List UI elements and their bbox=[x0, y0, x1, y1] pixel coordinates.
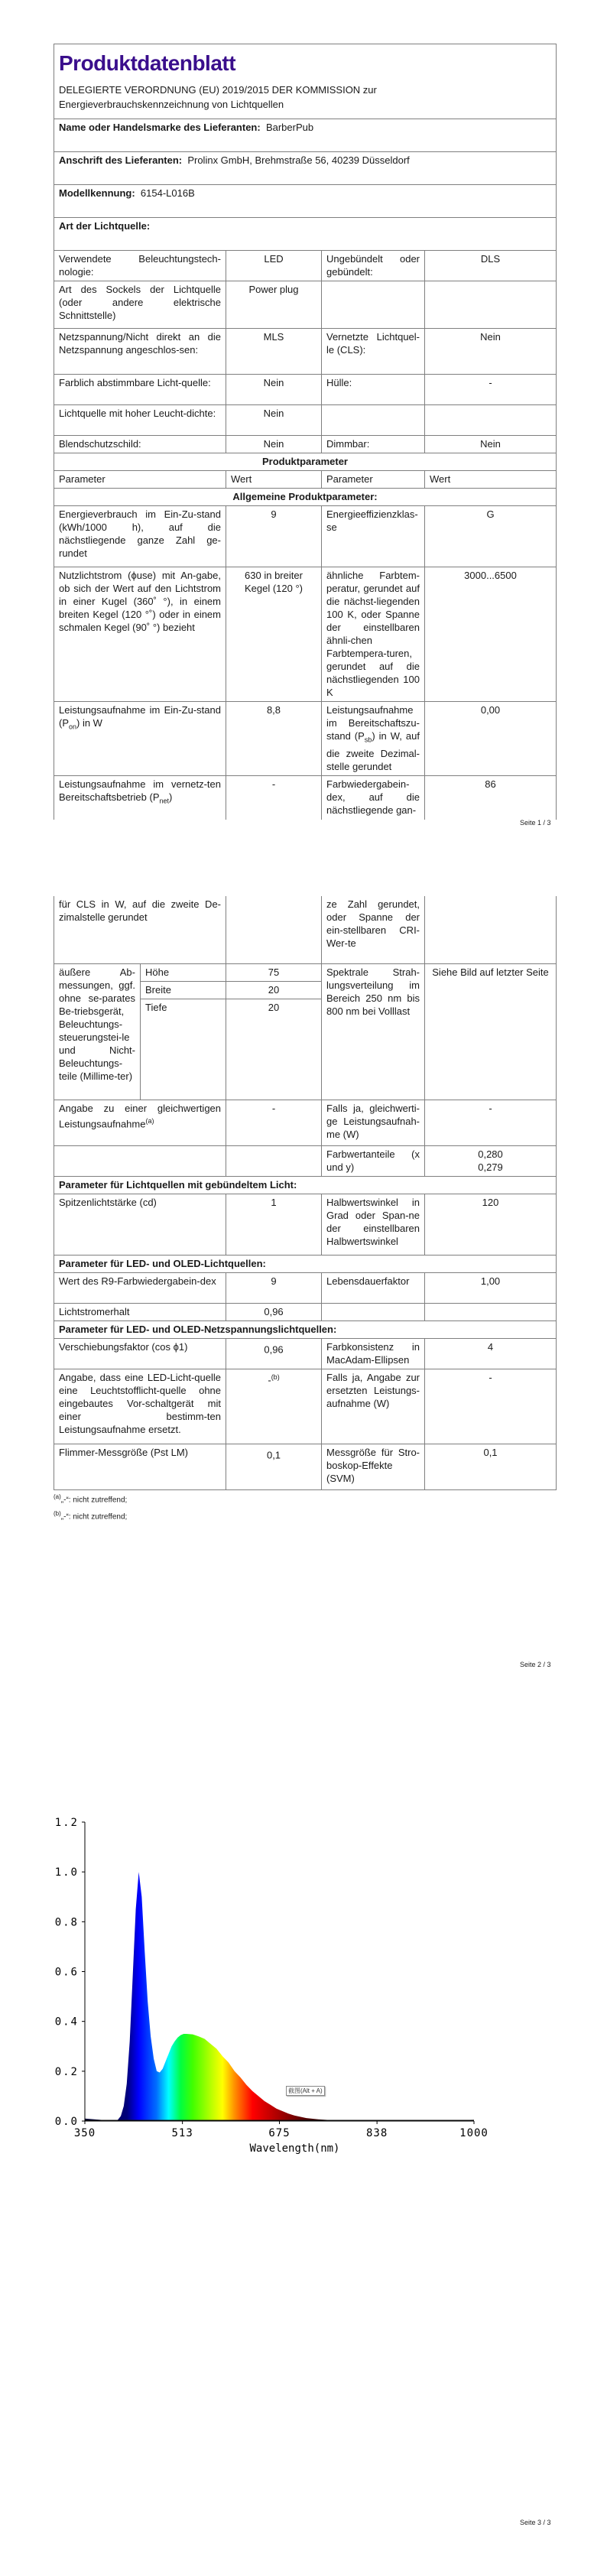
param-label: Lichtstromerhalt bbox=[54, 1303, 226, 1320]
svg-text:838: 838 bbox=[366, 2127, 388, 2139]
dimension-name: Breite bbox=[141, 981, 226, 999]
param-value: Nein bbox=[226, 405, 322, 436]
footnote-a: (a)„-“: nicht zutreffend; bbox=[54, 1490, 556, 1507]
param-label: Verschiebungsfaktor (cos ϕ1) bbox=[54, 1338, 226, 1369]
type-row: Art des Sockels der Lichtquelle (oder an… bbox=[54, 281, 557, 329]
param-value: 0,96 bbox=[226, 1303, 322, 1320]
equiv-power-row: Angabe zu einer gleichwertigen Leistungs… bbox=[54, 1100, 557, 1145]
param-value bbox=[425, 281, 557, 329]
param-value: Power plug bbox=[226, 281, 322, 329]
supplier-name-label: Name oder Handelsmarke des Lieferanten: bbox=[59, 122, 261, 133]
param-row: Verschiebungsfaktor (cos ϕ1) 0,96 Farbko… bbox=[54, 1338, 557, 1369]
param-value: 9 bbox=[226, 506, 322, 567]
supplier-address-label: Anschrift des Lieferanten: bbox=[59, 154, 182, 166]
type-row: Blendschutzschild: Nein Dimmbar: Nein bbox=[54, 436, 557, 453]
empty-cell bbox=[226, 896, 322, 963]
param-label: Verwendete Beleuchtungstech-nologie: bbox=[54, 251, 226, 281]
param-label: Leistungsaufnahme im Bereitschaftszu-sta… bbox=[322, 702, 425, 776]
regulation-subtitle: DELEGIERTE VERORDNUNG (EU) 2019/2015 DER… bbox=[59, 83, 551, 116]
param-value: Nein bbox=[226, 436, 322, 453]
page-2: für CLS in W, auf die zweite De-zimalste… bbox=[54, 896, 556, 1524]
model-label: Modellkennung: bbox=[59, 187, 135, 199]
param-label: Angabe zu einer gleichwertigen Leistungs… bbox=[54, 1100, 226, 1145]
param-value: 0,1 bbox=[425, 1444, 557, 1489]
empty-cell bbox=[425, 896, 557, 963]
empty-cell bbox=[226, 1145, 322, 1176]
param-value bbox=[425, 1303, 557, 1320]
param-label: ähnliche Farbtem-peratur, gerundet auf d… bbox=[322, 567, 425, 702]
param-label: Leistungsaufnahme im Ein-Zu-stand (Pon) … bbox=[54, 702, 226, 776]
svg-text:Wavelength(nm): Wavelength(nm) bbox=[249, 2142, 339, 2155]
param-row-pnet: Leistungsaufnahme im vernetz-ten Bereits… bbox=[54, 775, 557, 820]
type-row: Lichtquelle mit hoher Leucht-dichte: Nei… bbox=[54, 405, 557, 436]
param-label: Energieeffizienzklas-se bbox=[322, 506, 425, 567]
param-value: 630 in breiter Kegel (120 °) bbox=[226, 567, 322, 702]
dimension-value: 20 bbox=[226, 981, 322, 999]
param-value: 1,00 bbox=[425, 1272, 557, 1303]
param-label bbox=[322, 281, 425, 329]
svg-text:0.0: 0.0 bbox=[55, 2116, 79, 2128]
chromaticity-row: Farbwertanteile (x und y) 0,2800,279 bbox=[54, 1145, 557, 1176]
dimensions-label: äußere Ab-messungen, ggf. ohne se-parate… bbox=[54, 963, 141, 1100]
param-value: - bbox=[425, 1100, 557, 1145]
light-source-type-heading: Art der Lichtquelle: bbox=[54, 218, 557, 251]
param-label: Nutzlichtstrom (ϕuse) mit An-gabe, ob si… bbox=[54, 567, 226, 702]
param-value: -(b) bbox=[226, 1369, 322, 1444]
dimension-value: 75 bbox=[226, 963, 322, 981]
footnote-b: (b)„-“: nicht zutreffend; bbox=[54, 1507, 556, 1524]
param-label: Spektrale Strah-lungsverteilung im Berei… bbox=[322, 963, 425, 1100]
supplier-name-value: BarberPub bbox=[266, 122, 313, 133]
dimension-name: Höhe bbox=[141, 963, 226, 981]
header-cell: Produktdatenblatt DELEGIERTE VERORDNUNG … bbox=[54, 44, 557, 119]
param-label: Farblich abstimmbare Licht-quelle: bbox=[54, 375, 226, 405]
param-value: 0,2800,279 bbox=[425, 1145, 557, 1176]
subtitle-line-2: Energieverbrauchskennzeichnung von Licht… bbox=[59, 99, 284, 110]
param-value: Nein bbox=[425, 329, 557, 375]
column-header: Parameter bbox=[322, 471, 425, 489]
param-value: 0,96 bbox=[226, 1338, 322, 1369]
param-value: G bbox=[425, 506, 557, 567]
param-value: 0,1 bbox=[226, 1444, 322, 1489]
param-value: 86 bbox=[425, 775, 557, 820]
general-params-heading: Allgemeine Produktparameter: bbox=[54, 489, 557, 506]
param-label: Blendschutzschild: bbox=[54, 436, 226, 453]
column-header: Wert bbox=[425, 471, 557, 489]
param-label: Art des Sockels der Lichtquelle (oder an… bbox=[54, 281, 226, 329]
param-row: Energieverbrauch im Ein-Zu-stand (kWh/10… bbox=[54, 506, 557, 567]
param-row: Spitzenlichtstärke (cd) 1 Halbwertswinke… bbox=[54, 1194, 557, 1255]
param-value: 4 bbox=[425, 1338, 557, 1369]
supplier-name-row: Name oder Handelsmarke des Lieferanten: … bbox=[54, 119, 557, 152]
param-label: Ungebündelt oder gebündelt: bbox=[322, 251, 425, 281]
param-value: - bbox=[425, 1369, 557, 1444]
param-value: 120 bbox=[425, 1194, 557, 1255]
supplier-address-value: Prolinx GmbH, Brehmstraße 56, 40239 Düss… bbox=[187, 154, 409, 166]
product-params-heading: Produktparameter bbox=[54, 453, 557, 471]
model-row: Modellkennung: 6154-L016B bbox=[54, 185, 557, 218]
spectral-distribution-chart: 0.00.20.40.60.81.01.23505136758381000Wav… bbox=[46, 1804, 550, 2156]
param-label: Falls ja, Angabe zur ersetzten Leistungs… bbox=[322, 1369, 425, 1444]
directional-params-heading: Parameter für Lichtquellen mit gebündelt… bbox=[54, 1176, 557, 1194]
param-value: MLS bbox=[226, 329, 322, 375]
svg-text:0.8: 0.8 bbox=[55, 1916, 79, 1928]
svg-text:0.2: 0.2 bbox=[55, 2066, 79, 2078]
param-label: Leistungsaufnahme im vernetz-ten Bereits… bbox=[54, 775, 226, 820]
dimensions-row: äußere Ab-messungen, ggf. ohne se-parate… bbox=[54, 963, 557, 981]
param-label: für CLS in W, auf die zweite De-zimalste… bbox=[54, 896, 226, 963]
param-label: Falls ja, gleichwerti-ge Leistungsaufnah… bbox=[322, 1100, 425, 1145]
param-label: Wert des R9-Farbwiedergabein-dex bbox=[54, 1272, 226, 1303]
param-label: Spitzenlichtstärke (cd) bbox=[54, 1194, 226, 1255]
param-value: 9 bbox=[226, 1272, 322, 1303]
param-label: Lebensdauerfaktor bbox=[322, 1272, 425, 1303]
param-label bbox=[322, 405, 425, 436]
param-value bbox=[425, 405, 557, 436]
param-value: - bbox=[425, 375, 557, 405]
param-value: 3000...6500 bbox=[425, 567, 557, 702]
param-value: 8,8 bbox=[226, 702, 322, 776]
param-row: Lichtstromerhalt 0,96 bbox=[54, 1303, 557, 1320]
svg-text:0.6: 0.6 bbox=[55, 1967, 79, 1979]
param-label: Farbkonsistenz in MacAdam-Ellipsen bbox=[322, 1338, 425, 1369]
svg-text:0.4: 0.4 bbox=[55, 2016, 79, 2029]
page-title: Produktdatenblatt bbox=[59, 46, 551, 76]
page-footer-1: Seite 1 / 3 bbox=[520, 819, 551, 827]
param-label: Hülle: bbox=[322, 375, 425, 405]
svg-text:350: 350 bbox=[74, 2127, 96, 2139]
param-value: Nein bbox=[226, 375, 322, 405]
param-value: DLS bbox=[425, 251, 557, 281]
page-footer-2: Seite 2 / 3 bbox=[520, 1661, 551, 1668]
param-row: Angabe, dass eine LED-Licht-quelle eine … bbox=[54, 1369, 557, 1444]
param-value: LED bbox=[226, 251, 322, 281]
type-row: Netzspannung/Nicht direkt an die Netzspa… bbox=[54, 329, 557, 375]
param-value: Siehe Bild auf letzter Seite bbox=[425, 963, 557, 1100]
param-label: Messgröße für Stro-boskop-Effekte (SVM) bbox=[322, 1444, 425, 1489]
param-label: Lichtquelle mit hoher Leucht-dichte: bbox=[54, 405, 226, 436]
param-label: ze Zahl gerundet, oder Spanne der ein-st… bbox=[322, 896, 425, 963]
param-row-pon: Leistungsaufnahme im Ein-Zu-stand (Pon) … bbox=[54, 702, 557, 776]
param-value: - bbox=[226, 775, 322, 820]
screenshot-tooltip: 截图(Alt + A) bbox=[286, 2086, 325, 2096]
column-header: Parameter bbox=[54, 471, 226, 489]
param-label: Farbwiedergabein-dex, auf die nächstlieg… bbox=[322, 775, 425, 820]
mains-params-heading: Parameter für LED- und OLED-Netzspannung… bbox=[54, 1320, 557, 1338]
svg-text:1.0: 1.0 bbox=[55, 1866, 79, 1879]
supplier-address-row: Anschrift des Lieferanten: Prolinx GmbH,… bbox=[54, 152, 557, 185]
param-value: - bbox=[226, 1100, 322, 1145]
product-data-table-page1: Produktdatenblatt DELEGIERTE VERORDNUNG … bbox=[54, 44, 557, 820]
type-row: Verwendete Beleuchtungstech-nologie: LED… bbox=[54, 251, 557, 281]
param-row: Flimmer-Messgröße (Pst LM) 0,1 Messgröße… bbox=[54, 1444, 557, 1489]
param-row-pnet-continued: für CLS in W, auf die zweite De-zimalste… bbox=[54, 896, 557, 963]
led-params-heading: Parameter für LED- und OLED-Lichtquellen… bbox=[54, 1255, 557, 1272]
param-label: Netzspannung/Nicht direkt an die Netzspa… bbox=[54, 329, 226, 375]
svg-text:675: 675 bbox=[268, 2127, 290, 2139]
model-value: 6154-L016B bbox=[141, 187, 195, 199]
page-footer-3: Seite 3 / 3 bbox=[520, 2519, 551, 2526]
param-value: Nein bbox=[425, 436, 557, 453]
column-header: Wert bbox=[226, 471, 322, 489]
param-label bbox=[322, 1303, 425, 1320]
param-label: Dimmbar: bbox=[322, 436, 425, 453]
param-label: Farbwertanteile (x und y) bbox=[322, 1145, 425, 1176]
param-label: Halbwertswinkel in Grad oder Span-ne der… bbox=[322, 1194, 425, 1255]
param-value: 0,00 bbox=[425, 702, 557, 776]
svg-text:513: 513 bbox=[171, 2127, 193, 2139]
param-value: 1 bbox=[226, 1194, 322, 1255]
dimension-name: Tiefe bbox=[141, 999, 226, 1100]
param-label: Flimmer-Messgröße (Pst LM) bbox=[54, 1444, 226, 1489]
product-data-table-page2: für CLS in W, auf die zweite De-zimalste… bbox=[54, 896, 557, 1490]
param-label: Vernetzte Lichtquel-le (CLS): bbox=[322, 329, 425, 375]
type-row: Farblich abstimmbare Licht-quelle: Nein … bbox=[54, 375, 557, 405]
svg-text:1000: 1000 bbox=[459, 2127, 489, 2139]
dimension-value: 20 bbox=[226, 999, 322, 1100]
page-1: Produktdatenblatt DELEGIERTE VERORDNUNG … bbox=[54, 44, 556, 820]
spectrum-plot: 0.00.20.40.60.81.01.23505136758381000Wav… bbox=[46, 1804, 550, 2156]
param-label: Angabe, dass eine LED-Licht-quelle eine … bbox=[54, 1369, 226, 1444]
subtitle-line-1: DELEGIERTE VERORDNUNG (EU) 2019/2015 DER… bbox=[59, 84, 377, 96]
param-label: Energieverbrauch im Ein-Zu-stand (kWh/10… bbox=[54, 506, 226, 567]
empty-cell bbox=[54, 1145, 226, 1176]
param-row: Nutzlichtstrom (ϕuse) mit An-gabe, ob si… bbox=[54, 567, 557, 702]
svg-text:1.2: 1.2 bbox=[55, 1817, 79, 1829]
column-header-row: Parameter Wert Parameter Wert bbox=[54, 471, 557, 489]
param-row: Wert des R9-Farbwiedergabein-dex 9 Leben… bbox=[54, 1272, 557, 1303]
